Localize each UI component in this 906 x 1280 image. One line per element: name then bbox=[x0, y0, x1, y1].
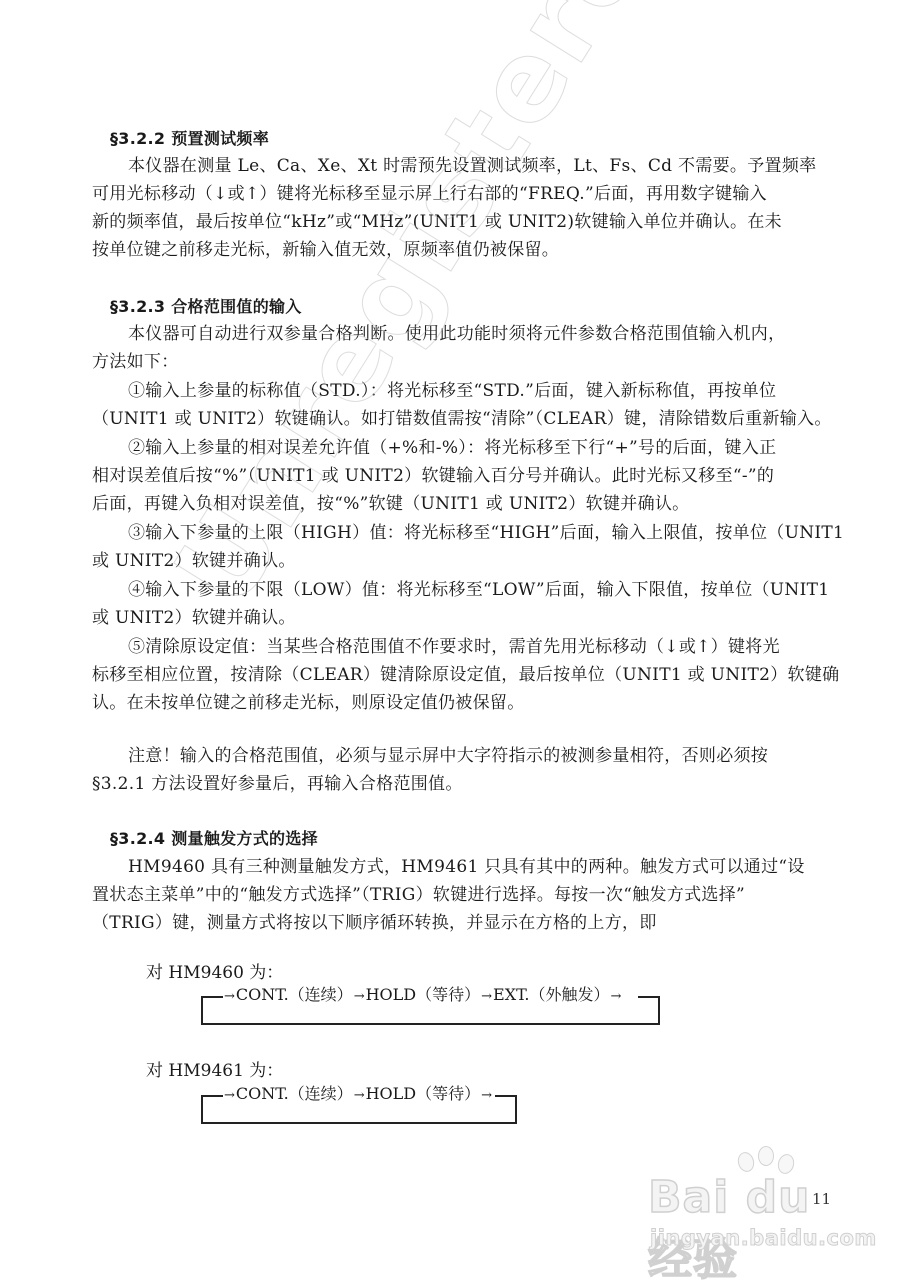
list-item-3-line: 或 UNIT2）软键并确认。 bbox=[92, 550, 296, 572]
paragraph-line: 可用光标移动（↓或↑）键将光标移至显示屏上行右部的“FREQ.”后面，再用数字键… bbox=[92, 183, 767, 205]
flow-step: HOLD（等待） bbox=[366, 1084, 481, 1103]
arrow-right-icon: → bbox=[481, 986, 492, 1008]
list-item-3-line: ③输入下参量的上限（HIGH）值：将光标移至“HIGH”后面，输入上限值，按单位… bbox=[128, 522, 844, 544]
arrow-right-icon: → bbox=[481, 1085, 492, 1107]
list-item-4-line: ④输入下参量的下限（LOW）值：将光标移至“LOW”后面，输入下限值，按单位（U… bbox=[128, 579, 829, 601]
paragraph-line: （TRIG）键，测量方式将按以下顺序循环转换，并显示在方格的上方，即 bbox=[92, 912, 657, 934]
paw-icon bbox=[758, 1146, 774, 1166]
paragraph-line: 置状态主菜单”中的“触发方式选择”（TRIG）软键进行选择。每按一次“触发方式选… bbox=[92, 884, 745, 906]
list-item-5-line: 标移至相应位置，按清除（CLEAR）键清除原设定值，最后按单位（UNIT1 或 … bbox=[92, 664, 839, 686]
note-line: §3.2.1 方法设置好参量后，再输入合格范围值。 bbox=[92, 773, 463, 795]
list-item-1-line: （UNIT1 或 UNIT2）软键确认。如打错数值需按“清除”（CLEAR）键，… bbox=[92, 408, 832, 430]
paragraph-line: 本仪器可自动进行双参量合格判断。使用此功能时须将元件参数合格范围值输入机内， bbox=[128, 323, 785, 345]
flow-line bbox=[201, 996, 223, 998]
list-item-5-line: ⑤清除原设定值：当某些合格范围值不作要求时，需首先用光标移动（↓或↑）键将光 bbox=[128, 636, 780, 658]
arrow-right-icon: → bbox=[224, 1085, 235, 1107]
flow-step: HOLD（等待） bbox=[366, 985, 481, 1004]
paragraph-line: 新的频率值，最后按单位“kHz”或“MHz”(UNIT1 或 UNIT2)软键输… bbox=[92, 211, 782, 233]
baidu-logo-url: jingyan.baidu.com bbox=[650, 1226, 877, 1250]
list-item-2-line: 后面，再键入负相对误差值，按“%”软键（UNIT1 或 UNIT2）软键并确认。 bbox=[92, 493, 690, 515]
paragraph-line: HM9460 具有三种测量触发方式，HM9461 只具有其中的两种。触发方式可以… bbox=[128, 856, 805, 878]
page-number: 11 bbox=[812, 1190, 831, 1208]
list-item-2-line: 相对误差值后按“%”（UNIT1 或 UNIT2）软键输入百分号并确认。此时光标… bbox=[92, 465, 774, 487]
paragraph-line: 按单位键之前移走光标，新输入值无效，原频率值仍被保留。 bbox=[92, 239, 559, 261]
list-item-5-line: 认。在未按单位键之前移走光标，则原设定值仍被保留。 bbox=[92, 692, 525, 714]
paw-icon bbox=[776, 1152, 797, 1175]
flow-steps: →CONT.（连续）→HOLD（等待）→EXT.（外触发）→ bbox=[223, 984, 622, 1008]
flow-diagram-hm9461: →CONT.（连续）→HOLD（等待）→ bbox=[201, 1095, 517, 1124]
flow-diagram-hm9460: →CONT.（连续）→HOLD（等待）→EXT.（外触发）→ bbox=[201, 996, 660, 1025]
flow-step: CONT.（连续） bbox=[236, 985, 353, 1004]
section-heading-3-2-4: §3.2.4 测量触发方式的选择 bbox=[110, 828, 318, 850]
paragraph-line: 本仪器在测量 Le、Ca、Xe、Xt 时需预先设置测试频率，Lt、Fs、Cd 不… bbox=[128, 155, 816, 177]
list-item-1-line: ①输入上参量的标称值（STD.）：将光标移至“STD.”后面，键入新标称值，再按… bbox=[128, 380, 776, 402]
arrow-right-icon: → bbox=[354, 986, 365, 1008]
flow-label-hm9460: 对 HM9460 为： bbox=[146, 962, 283, 984]
flow-steps: →CONT.（连续）→HOLD（等待）→ bbox=[223, 1083, 493, 1107]
flow-step: CONT.（连续） bbox=[236, 1084, 353, 1103]
note-line: 注意！输入的合格范围值，必须与显示屏中大字符指示的被测参量相符，否则必须按 bbox=[128, 745, 768, 767]
flow-step: EXT.（外触发） bbox=[493, 985, 609, 1004]
baidu-logo-text: Bai du 经验 bbox=[648, 1172, 870, 1280]
paragraph-line: 方法如下： bbox=[92, 351, 179, 373]
arrow-right-icon: → bbox=[611, 986, 622, 1008]
arrow-right-icon: → bbox=[224, 986, 235, 1008]
baidu-jingyan-logo: Bai du 经验 jingyan.baidu.com bbox=[640, 1150, 870, 1270]
document-page: §3.2.2 预置测试频率 本仪器在测量 Le、Ca、Xe、Xt 时需预先设置测… bbox=[0, 0, 906, 1280]
section-heading-3-2-2: §3.2.2 预置测试频率 bbox=[110, 128, 269, 150]
flow-line bbox=[201, 1095, 223, 1097]
arrow-right-icon: → bbox=[354, 1085, 365, 1107]
paw-icon bbox=[736, 1150, 757, 1173]
flow-line bbox=[638, 996, 660, 998]
list-item-4-line: 或 UNIT2）软键并确认。 bbox=[92, 607, 296, 629]
list-item-2-line: ②输入上参量的相对误差允许值（+%和-%）：将光标移至下行“+”号的后面，键入正 bbox=[128, 437, 776, 459]
section-heading-3-2-3: §3.2.3 合格范围值的输入 bbox=[110, 296, 302, 318]
flow-label-hm9461: 对 HM9461 为： bbox=[146, 1060, 283, 1082]
flow-line bbox=[495, 1095, 517, 1097]
